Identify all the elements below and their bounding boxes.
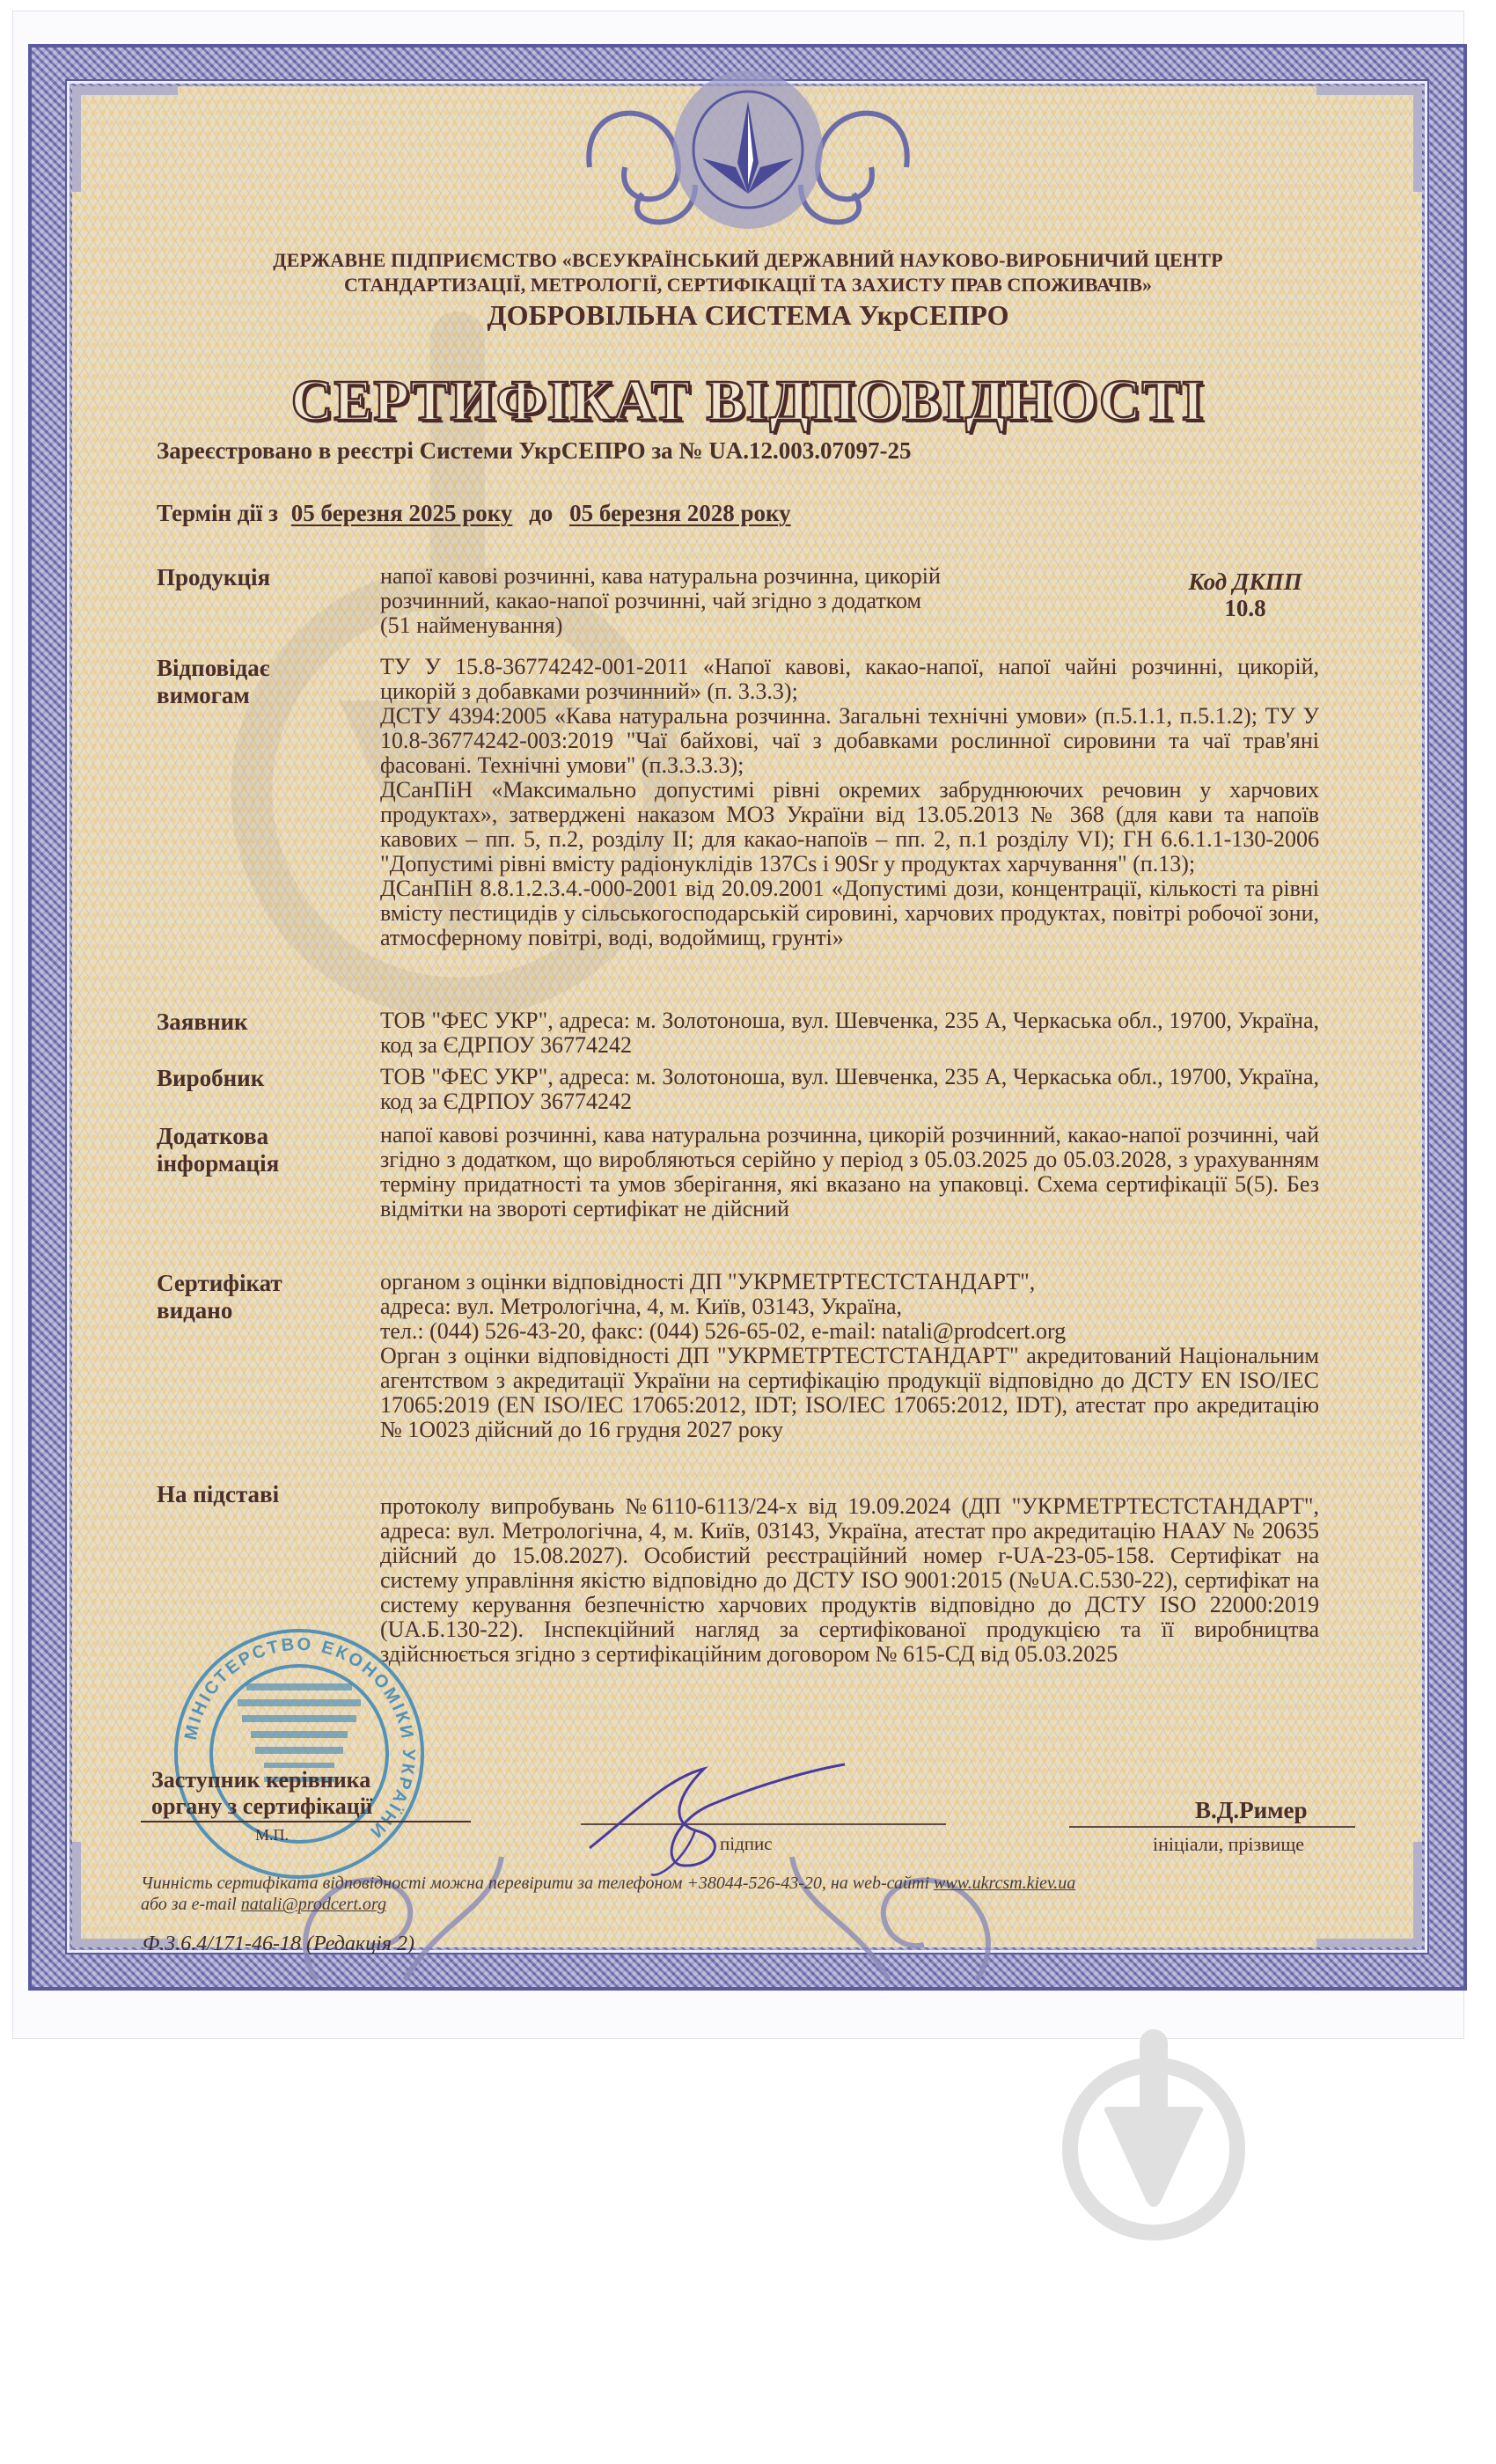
requirements-text: ТУ У 15.8-36774242-001-2011 «Напої кавов… [380,655,1319,950]
additional-info-label-1: Додаткова [157,1123,279,1150]
download-arrow-circle-icon [1060,2026,1247,2251]
additional-info-label-2: інформація [157,1150,279,1177]
org-name-line-1: ДЕРЖАВНЕ ПІДПРИЄМСТВО «ВСЕУКРАЇНСЬКИЙ ДЕ… [0,249,1496,272]
issuer-accreditation: Орган з оцінки відповідності ДП "УКРМЕТР… [380,1344,1319,1442]
product-line: (51 найменування) [380,613,1111,638]
verification-email-prefix: або за e-mail [141,1895,237,1914]
org-name-line-2: СТАНДАРТИЗАЦІЇ, МЕТРОЛОГІЇ, СЕРТИФІКАЦІЇ… [0,274,1496,297]
verification-note: Чинність сертифіката відповідності можна… [141,1873,1075,1915]
system-name: ДОБРОВІЛЬНА СИСТЕМА УкрСЕПРО [0,299,1496,332]
trident-star-emblem-icon [563,62,933,238]
verification-email-link[interactable]: natali@prodcert.org [241,1895,386,1914]
registration-number: UA.12.003.07097-25 [708,437,911,464]
form-code: Ф.3.6.4/171-46-18 (Редакція 2) [143,1932,414,1956]
validity-prefix: Термін дії з [157,500,278,526]
corner-ornament-bottom-right [1316,1842,1422,1947]
requirement-item: ДСанПіН 8.8.1.2.3.4.-000-2001 від 20.09.… [380,876,1319,950]
product-text: напої кавові розчинні, кава натуральна р… [380,564,1111,638]
product-line: розчинний, какао-напої розчинні, чай згі… [380,589,1111,613]
validity-to: 05 березня 2028 року [569,500,791,526]
requirements-label-1: Відповідає [157,655,269,682]
verification-website-link[interactable]: www.ukrcsm.kiev.ua [934,1874,1075,1893]
requirement-item: ДСанПіН «Максимально допустимі рівні окр… [380,778,1319,876]
applicant-label: Заявник [157,1008,248,1036]
validity-middle: до [529,500,553,526]
issuer-name: органом з оцінки відповідності ДП "УКРМЕ… [380,1270,1319,1294]
manufacturer-text: ТОВ "ФЕС УКР", адреса: м. Золотоноша, ву… [380,1065,1319,1114]
name-line [1069,1826,1355,1828]
verification-text: Чинність сертифіката відповідності можна… [141,1874,929,1893]
issuer-address: адреса: вул. Метрологічна, 4, м. Київ, 0… [380,1294,1319,1319]
manufacturer-label: Виробник [157,1065,264,1092]
issued-by-label: Сертифікат видано [157,1270,282,1324]
registration-prefix: Зареєстровано в реєстрі Системи УкрСЕПРО… [157,437,703,464]
basis-label: На підставі [157,1481,279,1508]
issued-by-label-1: Сертифікат [157,1270,282,1297]
registration-line: Зареєстровано в реєстрі Системи УкрСЕПРО… [157,437,912,465]
signer-position-line-2: органу з сертифікації [151,1793,372,1820]
product-label: Продукція [157,564,270,591]
dkpp-code-value: 10.8 [1162,595,1329,621]
requirements-label: Відповідає вимогам [157,655,269,709]
corner-ornament-top-right [1316,86,1422,192]
issued-by-label-2: видано [157,1297,282,1324]
certificate-title: СЕРТИФІКАТ ВІДПОВІДНОСТІ [0,368,1496,435]
dkpp-code-label: Код ДКПП [1162,568,1329,595]
requirement-item: ДСТУ 4394:2005 «Кава натуральна розчинна… [380,704,1319,778]
requirements-label-2: вимогам [157,682,269,709]
name-caption: ініціали, прізвище [1153,1833,1304,1856]
issued-by-text: органом з оцінки відповідності ДП "УКРМЕ… [380,1270,1319,1442]
requirement-item: ТУ У 15.8-36774242-001-2011 «Напої кавов… [380,655,1319,704]
corner-ornament-top-left [72,86,178,192]
product-line: напої кавові розчинні, кава натуральна р… [380,564,1111,589]
basis-text: протоколу випробувань №6110-6113/24-х ві… [380,1494,1319,1667]
position-underline [141,1821,471,1822]
signer-position: Заступник керівника органу з сертифікаці… [151,1767,372,1820]
validity-line: Термін дії з 05 березня 2025 року до 05 … [157,500,791,527]
additional-info-text: напої кавові розчинні, кава натуральна р… [380,1123,1319,1221]
dkpp-code: Код ДКПП 10.8 [1162,568,1329,621]
additional-info-label: Додаткова інформація [157,1123,279,1177]
signer-name: В.Д.Ример [1195,1797,1308,1824]
signer-position-line-1: Заступник керівника [151,1767,372,1793]
issuer-contacts: тел.: (044) 526-43-20, факс: (044) 526-6… [380,1319,1319,1344]
validity-from: 05 березня 2025 року [291,500,513,526]
applicant-text: ТОВ "ФЕС УКР", адреса: м. Золотоноша, ву… [380,1008,1319,1058]
